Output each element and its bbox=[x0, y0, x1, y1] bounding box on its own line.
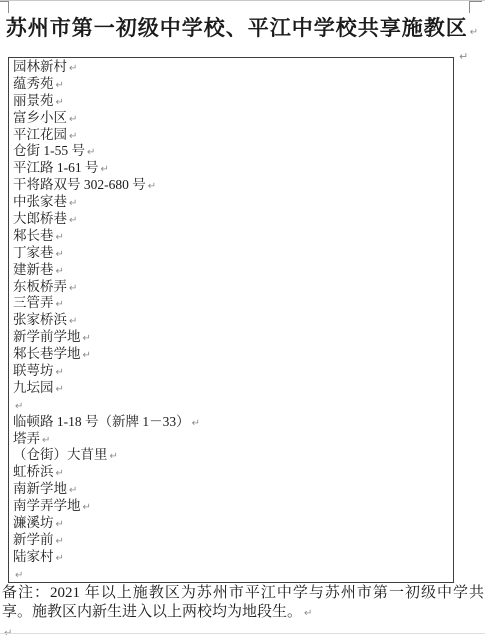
district-name: 蕴秀苑 bbox=[13, 76, 54, 91]
paragraph-mark-icon: ↵ bbox=[101, 164, 109, 175]
district-name: （仓街）大苜里 bbox=[13, 447, 108, 462]
district-line: 邾长巷学地↵ bbox=[13, 346, 453, 363]
district-name: 九坛园 bbox=[13, 380, 54, 395]
paragraph-mark-icon: ↵ bbox=[56, 553, 64, 564]
paragraph-mark-icon: ↵ bbox=[87, 147, 95, 158]
paragraph-mark-icon: ↵ bbox=[56, 536, 64, 547]
district-name: 平江花园 bbox=[13, 127, 67, 142]
district-line: 新学前学地↵ bbox=[13, 329, 453, 346]
district-line: 陆家村↵ bbox=[13, 549, 453, 566]
district-name: 濂溪坊 bbox=[13, 515, 54, 530]
district-name: 联萼坊 bbox=[13, 363, 54, 378]
district-name: 富乡小区 bbox=[13, 110, 67, 125]
district-line: 建新巷↵ bbox=[13, 262, 453, 279]
district-line: 临顿路 1-18 号（新牌 1－33）↵ bbox=[13, 414, 453, 431]
district-name: 东板桥弄 bbox=[13, 279, 67, 294]
window-top-edge bbox=[0, 0, 485, 1]
district-line: 濂溪坊↵ bbox=[13, 515, 453, 532]
district-name: 仓街 1-55 号 bbox=[13, 143, 85, 158]
paragraph-mark-icon: ↵ bbox=[56, 97, 64, 108]
district-line: 富乡小区↵ bbox=[13, 110, 453, 127]
paragraph-mark-icon: ↵ bbox=[15, 570, 23, 581]
window-bottom-edge bbox=[0, 633, 485, 634]
document-page: 苏州市第一初级中学校、平江中学校共享施教区↵ ↵ 园林新村↵蕴秀苑↵丽景苑↵富乡… bbox=[0, 0, 485, 638]
district-line: 三管弄↵ bbox=[13, 295, 453, 312]
paragraph-mark-icon: ↵ bbox=[69, 198, 77, 209]
district-line: 张家桥浜↵ bbox=[13, 312, 453, 329]
paragraph-mark-icon: ↵ bbox=[69, 63, 77, 74]
paragraph-mark-icon: ↵ bbox=[15, 401, 23, 412]
district-line: 新学前↵ bbox=[13, 532, 453, 549]
district-line: ↵ bbox=[13, 566, 453, 583]
district-name: 南新学地 bbox=[13, 481, 67, 496]
district-name: 新学前学地 bbox=[13, 329, 81, 344]
district-name: 临顿路 1-18 号（新牌 1－33） bbox=[13, 414, 190, 429]
paragraph-mark-icon: ↵ bbox=[56, 299, 64, 310]
paragraph-mark-icon: ↵ bbox=[56, 249, 64, 260]
district-name: 干将路双号 302-680 号 bbox=[13, 177, 146, 192]
district-line: 干将路双号 302-680 号↵ bbox=[13, 177, 453, 194]
district-name: 陆家村 bbox=[13, 549, 54, 564]
district-line: 九坛园↵ bbox=[13, 380, 453, 397]
district-line: （仓街）大苜里↵ bbox=[13, 447, 453, 464]
district-name: 张家桥浜 bbox=[13, 312, 67, 327]
district-line: 中张家巷↵ bbox=[13, 194, 453, 211]
empty-paragraph: ↵ bbox=[2, 623, 484, 638]
paragraph-mark-icon: ↵ bbox=[56, 519, 64, 530]
paragraph-mark-icon: ↵ bbox=[110, 451, 118, 462]
paragraph-mark-icon: ↵ bbox=[56, 384, 64, 395]
paragraph-mark-icon: ↵ bbox=[459, 50, 468, 63]
district-line: 虹桥浜↵ bbox=[13, 464, 453, 481]
page-title: 苏州市第一初级中学校、平江中学校共享施教区↵ bbox=[0, 12, 485, 42]
district-name: 建新巷 bbox=[13, 262, 54, 277]
paragraph-mark-icon: ↵ bbox=[56, 266, 64, 277]
paragraph-mark-icon: ↵ bbox=[304, 608, 312, 619]
district-name: 中张家巷 bbox=[13, 194, 67, 209]
district-line: ↵ bbox=[13, 397, 453, 414]
district-line: 仓街 1-55 号↵ bbox=[13, 143, 453, 160]
paragraph-mark-icon: ↵ bbox=[470, 27, 479, 38]
district-line: 塔弄↵ bbox=[13, 431, 453, 448]
district-name: 邾长巷学地 bbox=[13, 346, 81, 361]
district-name: 塔弄 bbox=[13, 431, 40, 446]
district-line: 南学弄学地↵ bbox=[13, 498, 453, 515]
page-title-text: 苏州市第一初级中学校、平江中学校共享施教区 bbox=[6, 16, 468, 40]
district-name: 平江路 1-61 号 bbox=[13, 160, 99, 175]
paragraph-mark-icon: ↵ bbox=[56, 80, 64, 91]
district-line: 联萼坊↵ bbox=[13, 363, 453, 380]
note-text: 备注：2021 年以上施教区为苏州市平江中学与苏州市第一初级中学共享。施教区内新… bbox=[2, 585, 484, 620]
paragraph-mark-icon: ↵ bbox=[192, 418, 200, 429]
district-list-box: 园林新村↵蕴秀苑↵丽景苑↵富乡小区↵平江花园↵仓街 1-55 号↵平江路 1-6… bbox=[8, 57, 454, 583]
district-name: 丁家巷 bbox=[13, 245, 54, 260]
district-name: 邾长巷 bbox=[13, 228, 54, 243]
district-name: 南学弄学地 bbox=[13, 498, 81, 513]
district-line: 丽景苑↵ bbox=[13, 93, 453, 110]
paragraph-mark-icon: ↵ bbox=[69, 215, 77, 226]
district-line: 南新学地↵ bbox=[13, 481, 453, 498]
district-line: 园林新村↵ bbox=[13, 59, 453, 76]
paragraph-mark-icon: ↵ bbox=[69, 485, 77, 496]
district-line: 邾长巷↵ bbox=[13, 228, 453, 245]
paragraph-mark-icon: ↵ bbox=[42, 435, 50, 446]
district-line: 平江路 1-61 号↵ bbox=[13, 160, 453, 177]
district-line: 蕴秀苑↵ bbox=[13, 76, 453, 93]
district-name: 虹桥浜 bbox=[13, 464, 54, 479]
district-line: 丁家巷↵ bbox=[13, 245, 453, 262]
district-line: 大郎桥巷↵ bbox=[13, 211, 453, 228]
paragraph-mark-icon: ↵ bbox=[148, 181, 156, 192]
district-name: 三管弄 bbox=[13, 295, 54, 310]
paragraph-mark-icon: ↵ bbox=[69, 316, 77, 327]
note-paragraph: 备注：2021 年以上施教区为苏州市平江中学与苏州市第一初级中学共享。施教区内新… bbox=[2, 584, 484, 623]
paragraph-mark-icon: ↵ bbox=[69, 114, 77, 125]
paragraph-mark-icon: ↵ bbox=[56, 232, 64, 243]
paragraph-mark-icon: ↵ bbox=[69, 131, 77, 142]
district-name: 大郎桥巷 bbox=[13, 211, 67, 226]
paragraph-mark-icon: ↵ bbox=[56, 468, 64, 479]
paragraph-mark-icon: ↵ bbox=[69, 283, 77, 294]
district-name: 园林新村 bbox=[13, 59, 67, 74]
paragraph-mark-icon: ↵ bbox=[83, 502, 91, 513]
footer: 备注：2021 年以上施教区为苏州市平江中学与苏州市第一初级中学共享。施教区内新… bbox=[2, 584, 484, 638]
district-line: 东板桥弄↵ bbox=[13, 279, 453, 296]
paragraph-mark-icon: ↵ bbox=[83, 350, 91, 361]
district-name: 新学前 bbox=[13, 532, 54, 547]
district-name: 丽景苑 bbox=[13, 93, 54, 108]
paragraph-mark-icon: ↵ bbox=[56, 367, 64, 378]
district-line: 平江花园↵ bbox=[13, 127, 453, 144]
paragraph-mark-icon: ↵ bbox=[83, 333, 91, 344]
